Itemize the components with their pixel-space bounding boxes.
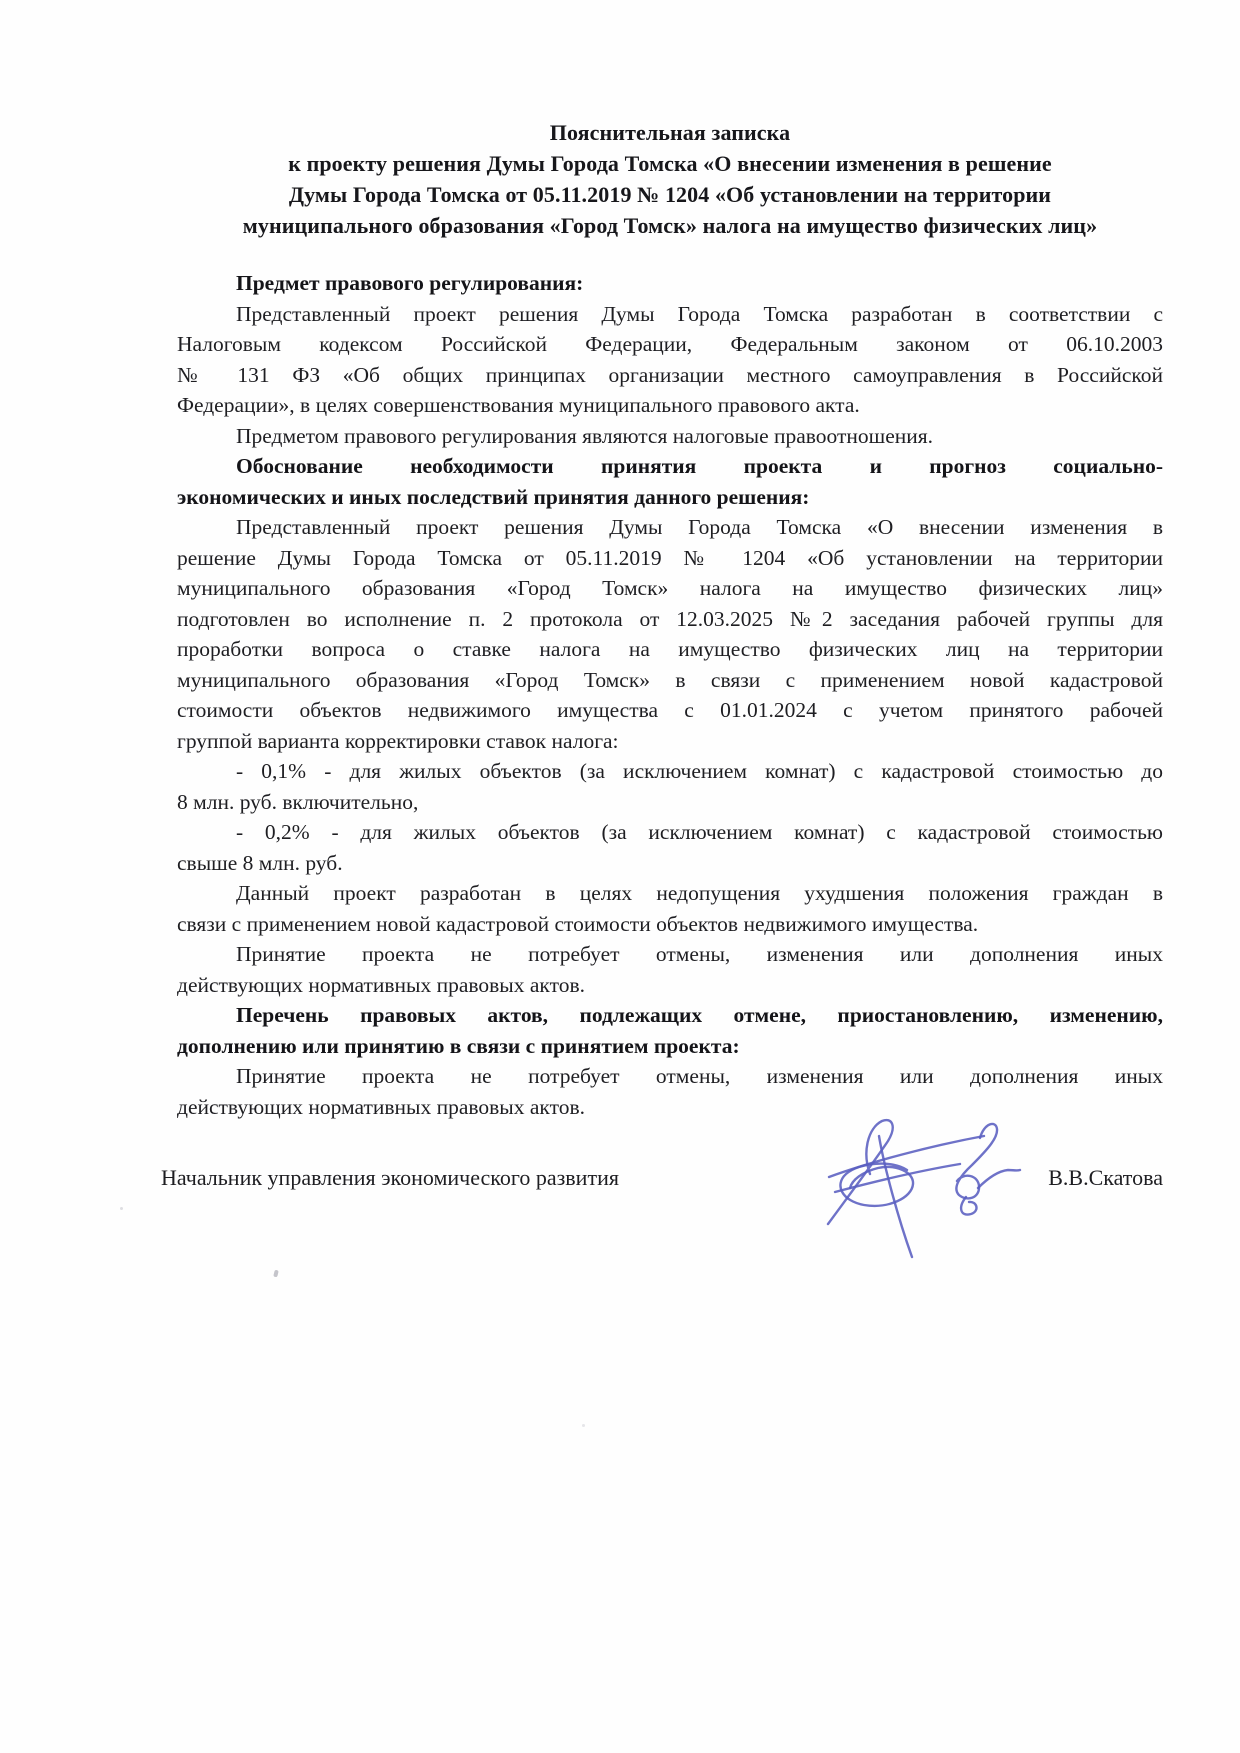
signatory-name: В.В.Скатова [1048, 1163, 1163, 1193]
body-paragraph: Представленный проект решения Думы Город… [177, 512, 1163, 756]
title-line: муниципального образования «Город Томск»… [177, 210, 1163, 241]
text-line: Представленный проект решения Думы Город… [177, 512, 1163, 543]
text-line: Федерации», в целях совершенствования му… [177, 390, 1163, 421]
text-line: Принятие проекта не потребует отмены, из… [177, 939, 1163, 970]
body-paragraph: Принятие проекта не потребует отмены, из… [177, 939, 1163, 1000]
text-line: 8 млн. руб. включительно, [177, 787, 1163, 818]
text-line: Налоговым кодексом Российской Федерации,… [177, 329, 1163, 360]
title-line: Пояснительная записка [177, 117, 1163, 148]
text-line: решение Думы Города Томска от 05.11.2019… [177, 543, 1163, 574]
text-line: Данный проект разработан в целях недопущ… [177, 878, 1163, 909]
heading-paragraph: Перечень правовых актов, подлежащих отме… [177, 1000, 1163, 1061]
text-line: Представленный проект решения Думы Город… [177, 299, 1163, 330]
body-paragraph: - 0,1% - для жилых объектов (за исключен… [177, 756, 1163, 817]
text-line: подготовлен во исполнение п. 2 протокола… [177, 604, 1163, 635]
text-line: Предметом правового регулирования являют… [177, 421, 1163, 452]
text-line: Принятие проекта не потребует отмены, из… [177, 1061, 1163, 1092]
title-line: к проекту решения Думы Города Томска «О … [177, 148, 1163, 179]
text-line: - 0,2% - для жилых объектов (за исключен… [177, 817, 1163, 848]
text-line: действующих нормативных правовых актов. [177, 1092, 1163, 1123]
scan-speck [582, 1424, 585, 1427]
body-paragraph: Принятие проекта не потребует отмены, из… [177, 1061, 1163, 1122]
text-line: дополнению или принятию в связи с принят… [177, 1031, 1163, 1062]
document-body: Предмет правового регулирования:Представ… [177, 268, 1163, 1122]
text-line: связи с применением новой кадастровой ст… [177, 909, 1163, 940]
scan-speck [120, 1207, 123, 1210]
text-line: стоимости объектов недвижимого имущества… [177, 695, 1163, 726]
text-line: экономических и иных последствий приняти… [177, 482, 1163, 513]
text-line: Перечень правовых актов, подлежащих отме… [177, 1000, 1163, 1031]
body-paragraph: Предметом правового регулирования являют… [177, 421, 1163, 452]
text-line: - 0,1% - для жилых объектов (за исключен… [177, 756, 1163, 787]
text-line: муниципального образования «Город Томск»… [177, 573, 1163, 604]
scan-speck [273, 1270, 279, 1278]
title-line: Думы Города Томска от 05.11.2019 № 1204 … [177, 179, 1163, 210]
document-title: Пояснительная запискак проекту решения Д… [177, 117, 1163, 241]
heading-paragraph: Предмет правового регулирования: [177, 268, 1163, 299]
document-content: Пояснительная запискак проекту решения Д… [177, 117, 1163, 1193]
document-page: { "document": { "title_lines": [ "Поясни… [0, 0, 1240, 1753]
text-line: Обоснование необходимости принятия проек… [177, 451, 1163, 482]
signature-position-label: Начальник управления экономического разв… [161, 1163, 619, 1193]
text-line: муниципального образования «Город Томск»… [177, 665, 1163, 696]
heading-paragraph: Обоснование необходимости принятия проек… [177, 451, 1163, 512]
signature-block: Начальник управления экономического разв… [161, 1163, 1163, 1193]
body-paragraph: Данный проект разработан в целях недопущ… [177, 878, 1163, 939]
text-line: № 131 ФЗ «Об общих принципах организации… [177, 360, 1163, 391]
text-line: свыше 8 млн. руб. [177, 848, 1163, 879]
text-line: действующих нормативных правовых актов. [177, 970, 1163, 1001]
body-paragraph: Представленный проект решения Думы Город… [177, 299, 1163, 421]
body-paragraph: - 0,2% - для жилых объектов (за исключен… [177, 817, 1163, 878]
text-line: проработки вопроса о ставке налога на им… [177, 634, 1163, 665]
paper-sheet: Пояснительная запискак проекту решения Д… [0, 0, 1240, 1753]
text-line: группой варианта корректировки ставок на… [177, 726, 1163, 757]
text-line: Предмет правового регулирования: [177, 268, 1163, 299]
